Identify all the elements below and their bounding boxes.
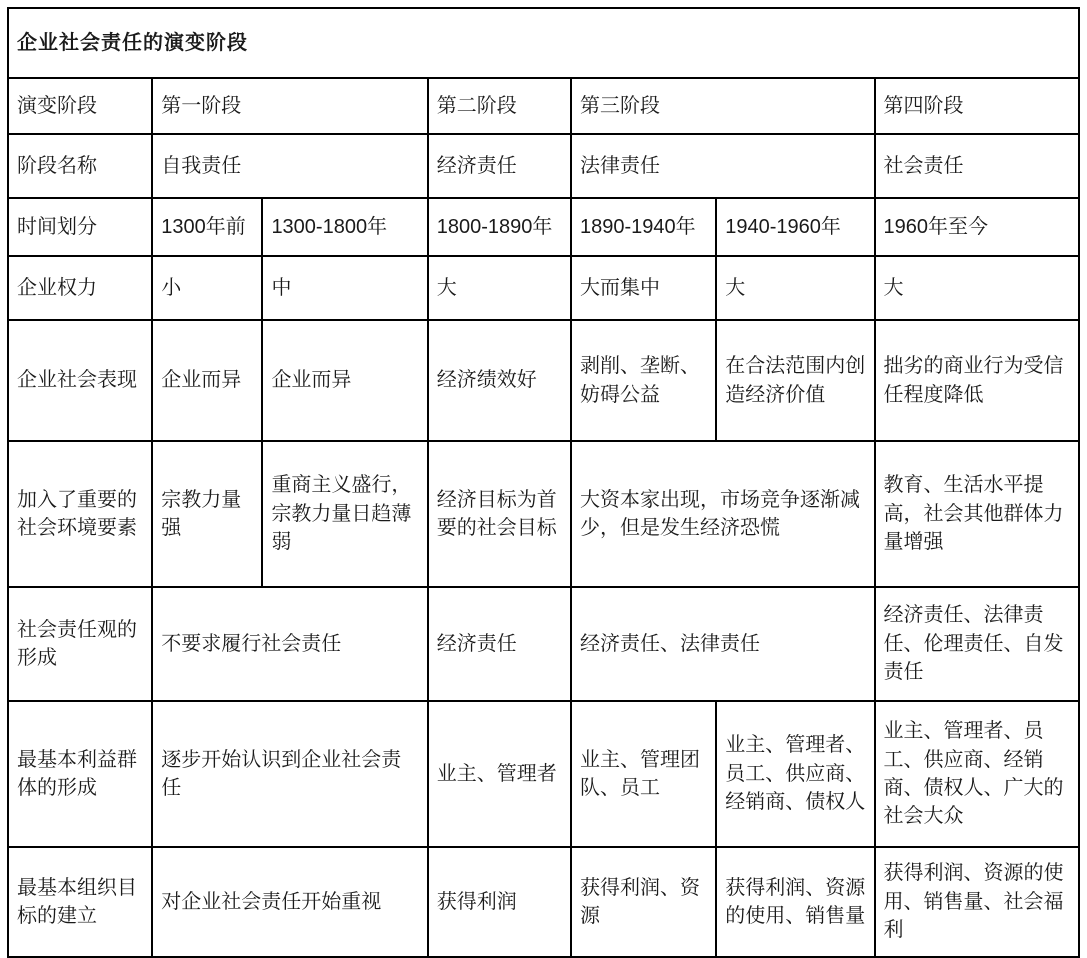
cell-csr-view-2: 经济责任 xyxy=(428,587,571,701)
cell-stage-name-4: 社会责任 xyxy=(875,134,1079,198)
csr-evolution-table: 企业社会责任的演变阶段 演变阶段 第一阶段 第二阶段 第三阶段 第四阶段 阶段名… xyxy=(7,7,1080,958)
row-social-environment: 加入了重要的社会环境要素 宗教力量强 重商主义盛行，宗教力量日趋薄弱 经济目标为… xyxy=(8,441,1079,587)
row-label-csr-view: 社会责任观的形成 xyxy=(8,587,152,701)
cell-stage-2: 第二阶段 xyxy=(428,78,571,134)
cell-performance-5: 在合法范围内创造经济价值 xyxy=(716,320,874,441)
cell-power-6: 大 xyxy=(875,256,1079,320)
row-social-performance: 企业社会表现 企业而异 企业而异 经济绩效好 剥削、垄断、妨碍公益 在合法范围内… xyxy=(8,320,1079,441)
cell-performance-1: 企业而异 xyxy=(152,320,262,441)
cell-performance-2: 企业而异 xyxy=(262,320,427,441)
cell-goals-3: 获得利润、资源 xyxy=(571,847,716,957)
table-title: 企业社会责任的演变阶段 xyxy=(8,8,1079,78)
cell-stakeholders-1: 逐步开始认识到企业社会责任 xyxy=(152,701,427,847)
cell-csr-view-3: 经济责任、法律责任 xyxy=(571,587,875,701)
cell-environment-4: 大资本家出现，市场竞争逐渐减少，但是发生经济恐慌 xyxy=(571,441,875,587)
row-time-division: 时间划分 1300年前 1300-1800年 1800-1890年 1890-1… xyxy=(8,198,1079,256)
cell-power-3: 大 xyxy=(428,256,571,320)
cell-environment-1: 宗教力量强 xyxy=(152,441,262,587)
row-label-time-division: 时间划分 xyxy=(8,198,152,256)
cell-stage-3: 第三阶段 xyxy=(571,78,875,134)
cell-stakeholders-5: 业主、管理者、员工、供应商、经销商、债权人、广大的社会大众 xyxy=(875,701,1079,847)
cell-power-5: 大 xyxy=(716,256,874,320)
row-label-stakeholders: 最基本利益群体的形成 xyxy=(8,701,152,847)
cell-performance-6: 拙劣的商业行为受信任程度降低 xyxy=(875,320,1079,441)
row-csr-view: 社会责任观的形成 不要求履行社会责任 经济责任 经济责任、法律责任 经济责任、法… xyxy=(8,587,1079,701)
cell-time-3: 1800-1890年 xyxy=(428,198,571,256)
cell-power-4: 大而集中 xyxy=(571,256,716,320)
cell-performance-3: 经济绩效好 xyxy=(428,320,571,441)
cell-environment-3: 经济目标为首要的社会目标 xyxy=(428,441,571,587)
cell-goals-1: 对企业社会责任开始重视 xyxy=(152,847,427,957)
row-label-corporate-power: 企业权力 xyxy=(8,256,152,320)
cell-goals-2: 获得利润 xyxy=(428,847,571,957)
cell-power-2: 中 xyxy=(262,256,427,320)
row-corporate-power: 企业权力 小 中 大 大而集中 大 大 xyxy=(8,256,1079,320)
cell-stakeholders-4: 业主、管理者、员工、供应商、经销商、债权人 xyxy=(716,701,874,847)
cell-performance-4: 剥削、垄断、妨碍公益 xyxy=(571,320,716,441)
row-stakeholders: 最基本利益群体的形成 逐步开始认识到企业社会责任 业主、管理者 业主、管理团队、… xyxy=(8,701,1079,847)
row-label-evolution-stage: 演变阶段 xyxy=(8,78,152,134)
row-evolution-stage: 演变阶段 第一阶段 第二阶段 第三阶段 第四阶段 xyxy=(8,78,1079,134)
cell-time-4: 1890-1940年 xyxy=(571,198,716,256)
row-stage-name: 阶段名称 自我责任 经济责任 法律责任 社会责任 xyxy=(8,134,1079,198)
cell-stage-4: 第四阶段 xyxy=(875,78,1079,134)
cell-time-5: 1940-1960年 xyxy=(716,198,874,256)
cell-stakeholders-2: 业主、管理者 xyxy=(428,701,571,847)
row-label-social-environment: 加入了重要的社会环境要素 xyxy=(8,441,152,587)
cell-time-1: 1300年前 xyxy=(152,198,262,256)
cell-stage-name-1: 自我责任 xyxy=(152,134,427,198)
row-label-organizational-goals: 最基本组织目标的建立 xyxy=(8,847,152,957)
cell-environment-5: 教育、生活水平提高，社会其他群体力量增强 xyxy=(875,441,1079,587)
row-label-stage-name: 阶段名称 xyxy=(8,134,152,198)
cell-stage-name-3: 法律责任 xyxy=(571,134,875,198)
row-organizational-goals: 最基本组织目标的建立 对企业社会责任开始重视 获得利润 获得利润、资源 获得利润… xyxy=(8,847,1079,957)
cell-power-1: 小 xyxy=(152,256,262,320)
cell-time-2: 1300-1800年 xyxy=(262,198,427,256)
cell-stage-1: 第一阶段 xyxy=(152,78,427,134)
row-label-social-performance: 企业社会表现 xyxy=(8,320,152,441)
cell-environment-2: 重商主义盛行，宗教力量日趋薄弱 xyxy=(262,441,427,587)
cell-goals-4: 获得利润、资源的使用、销售量 xyxy=(716,847,874,957)
cell-stage-name-2: 经济责任 xyxy=(428,134,571,198)
cell-time-6: 1960年至今 xyxy=(875,198,1079,256)
cell-csr-view-1: 不要求履行社会责任 xyxy=(152,587,427,701)
title-row: 企业社会责任的演变阶段 xyxy=(8,8,1079,78)
cell-goals-5: 获得利润、资源的使用、销售量、社会福利 xyxy=(875,847,1079,957)
cell-csr-view-4: 经济责任、法律责任、伦理责任、自发责任 xyxy=(875,587,1079,701)
cell-stakeholders-3: 业主、管理团队、员工 xyxy=(571,701,716,847)
